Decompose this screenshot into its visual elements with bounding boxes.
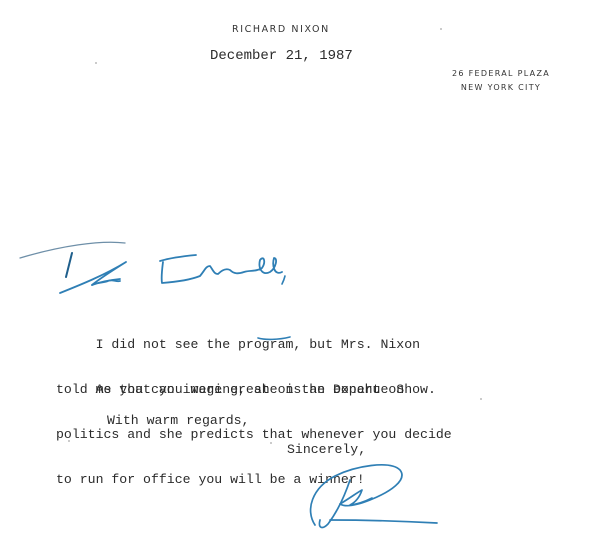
paper-speck [95, 62, 97, 64]
address-line-2: NEW YORK CITY [452, 81, 550, 95]
letterhead-address: 26 FEDERAL PLAZA NEW YORK CITY [452, 67, 550, 95]
paragraph-line: politics and she predicts that whenever … [56, 427, 452, 442]
letterhead-name: RICHARD NIXON [232, 24, 330, 35]
salutation-handwriting [20, 242, 285, 293]
closing: With warm regards, [107, 413, 249, 428]
address-line-1: 26 FEDERAL PLAZA [452, 67, 550, 81]
paper-speck [440, 28, 442, 30]
paper-speck [270, 442, 272, 444]
signoff: Sincerely, [287, 442, 366, 457]
paragraph-line: I did not see the program, but Mrs. Nixo… [56, 337, 436, 352]
paragraph-line: to run for office you will be a winner! [56, 472, 452, 487]
letter-date: December 21, 1987 [210, 48, 353, 64]
paper-speck [68, 440, 70, 442]
paragraph-line: As you can imagine, she is an expert on [56, 382, 452, 397]
paper-speck [480, 398, 482, 400]
